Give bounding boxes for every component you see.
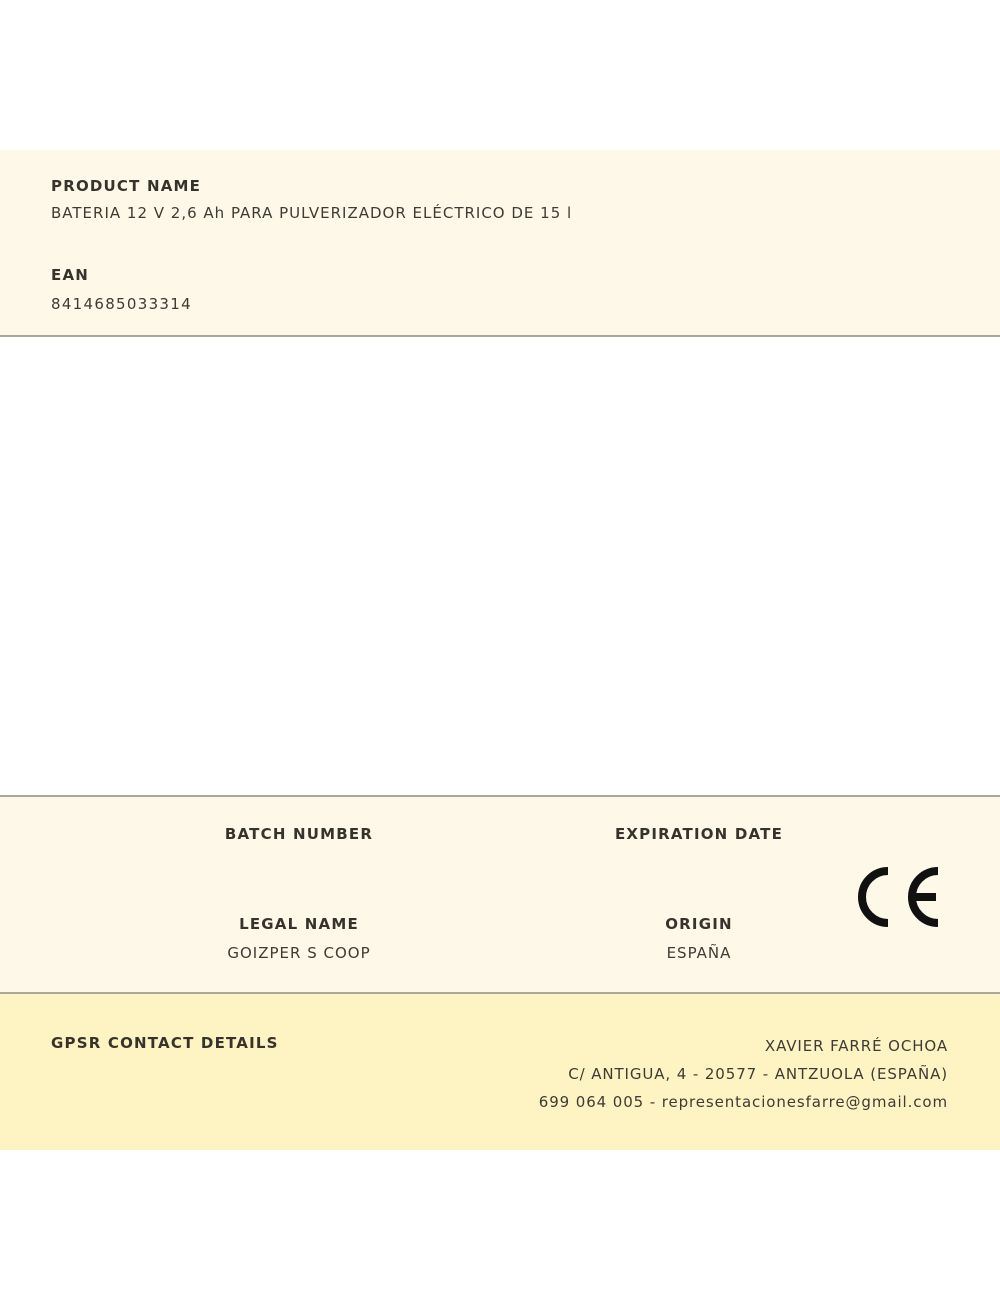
ean-value: 8414685033314	[51, 295, 192, 313]
ean-label: EAN	[51, 266, 89, 284]
batch-number-label: BATCH NUMBER	[149, 825, 449, 843]
contact-details: XAVIER FARRÉ OCHOA C/ ANTIGUA, 4 - 20577…	[539, 1032, 948, 1116]
legal-name-label: LEGAL NAME	[149, 915, 449, 933]
gpsr-contact-label: GPSR CONTACT DETAILS	[51, 1034, 279, 1052]
expiration-date-label: EXPIRATION DATE	[549, 825, 849, 843]
origin-value: ESPAÑA	[549, 944, 849, 962]
contact-name: XAVIER FARRÉ OCHOA	[539, 1032, 948, 1060]
contact-address: C/ ANTIGUA, 4 - 20577 - ANTZUOLA (ESPAÑA…	[539, 1060, 948, 1088]
contact-phone-email: 699 064 005 - representacionesfarre@gmai…	[539, 1088, 948, 1116]
product-name-value: BATERIA 12 V 2,6 Ah PARA PULVERIZADOR EL…	[51, 204, 572, 222]
product-details-panel: BATCH NUMBER EXPIRATION DATE LEGAL NAME …	[0, 795, 1000, 994]
product-info-panel: PRODUCT NAME BATERIA 12 V 2,6 Ah PARA PU…	[0, 150, 1000, 337]
ce-mark-icon	[858, 867, 942, 927]
legal-name-value: GOIZPER S COOP	[149, 944, 449, 962]
gpsr-contact-panel: GPSR CONTACT DETAILS XAVIER FARRÉ OCHOA …	[0, 994, 1000, 1150]
product-name-label: PRODUCT NAME	[51, 177, 201, 195]
origin-label: ORIGIN	[549, 915, 849, 933]
